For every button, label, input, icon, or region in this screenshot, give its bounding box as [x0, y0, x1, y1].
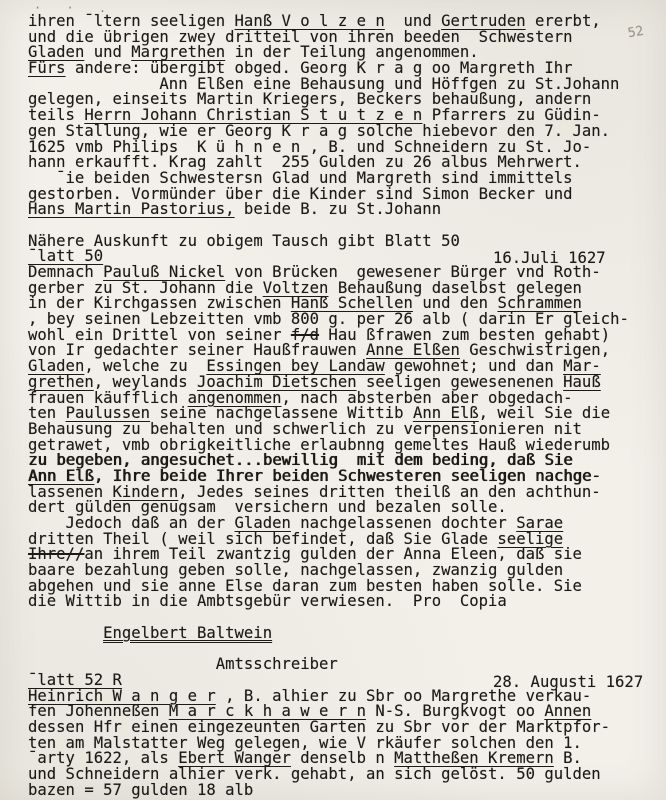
blank-line [28, 642, 660, 658]
text-segment: die Wittib in die Ambtsgebür verwiesen. … [28, 592, 507, 610]
text-segment: bazen = 57 gulden 18 alb [28, 781, 253, 799]
text-lines: ihren ¯ltern seeligen Hanß V o l z e n u… [28, 14, 660, 798]
underlined-text: Hans Martin Pastorius, [28, 200, 235, 218]
text-line: Hans Martin Pastorius, beide B. zu St.Jo… [28, 202, 660, 218]
text-line: Engelbert Baltwein [28, 626, 660, 642]
text-line: Nähere Auskunft zu obigem Tausch gibt Bl… [28, 234, 660, 250]
document-page: · · . ihren ¯ltern seeligen Hanß V o l z… [0, 0, 666, 800]
text-segment: Engelbert Baltwein [103, 624, 272, 642]
text-segment: beide B. zu St.Johann [235, 200, 442, 218]
text-line: Amtsschreiber [28, 657, 660, 673]
margin-note: 52 [627, 23, 645, 41]
underlined-text: Fürs [28, 59, 66, 77]
text-line: bazen = 57 gulden 18 alb [28, 783, 660, 799]
text-line: die Wittib in die Ambtsgebür verwiesen. … [28, 594, 660, 610]
text-segment: Amtsschreiber [216, 655, 338, 673]
